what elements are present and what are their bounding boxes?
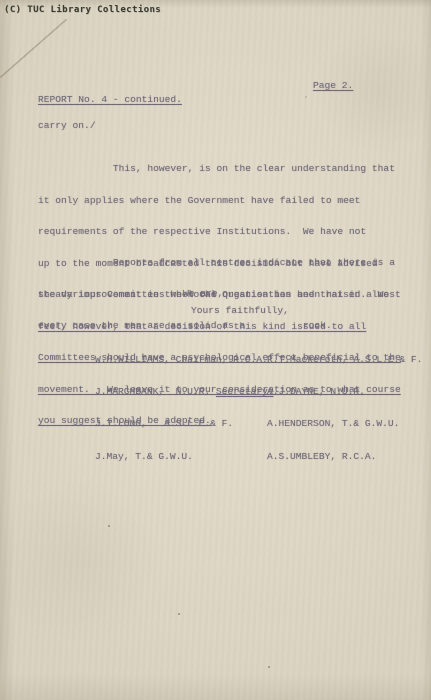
signatory-name: R.T.Mackeroth, A.S.L.E.& F. xyxy=(267,355,422,366)
signatory-role-underlined: Secretary. xyxy=(216,386,274,397)
report-title: REPORT No. 4 - continued. xyxy=(38,95,182,106)
paragraph-2-line: Reports from all centres indicate that t… xyxy=(38,258,401,269)
signatory-name: A.HENDERSON, T.& G.W.U. xyxy=(267,419,399,430)
signature-row: J.May, T.& G.W.U. A.S.UMBLEBY, R.C.A. xyxy=(95,452,425,463)
paper-speck xyxy=(305,96,307,98)
signatory-name: J.MARCHBANK, N.U.R. Secretary. xyxy=(95,387,273,398)
closing-yours-faithfully: Yours faithfully, xyxy=(191,306,289,317)
paragraph-1-line: requirements of the respective Instituti… xyxy=(38,227,401,238)
signature-row: J.MARCHBANK, N.U.R. Secretary. A.J.DAYNE… xyxy=(95,387,425,398)
paper-speck xyxy=(268,666,270,668)
signatory-name: W.H.WILLIAMS, Chairman, R.C.A. xyxy=(95,355,268,366)
closing-we-are: We are, xyxy=(183,289,223,300)
paragraph-1-line: This, however, is on the clear understan… xyxy=(38,164,401,175)
signatory-name: A.S.UMBLEBY, R.C.A. xyxy=(267,452,376,463)
paragraph-2-line: every case the men are as solid as a roc… xyxy=(38,321,401,332)
signatory-name: A.J.DAYNE, N.U.R. xyxy=(267,387,365,398)
signatory-name: J.T.LONG, A.S.L.E.& F. xyxy=(95,419,233,430)
paper-speck xyxy=(108,525,110,527)
paragraph-1-line: it only applies where the Government hav… xyxy=(38,196,401,207)
signatory-name: J.May, T.& G.W.U. xyxy=(95,452,193,463)
page-number-label: Page 2. xyxy=(313,81,353,92)
carry-on-line: carry on./ xyxy=(38,121,96,132)
signature-row: W.H.WILLIAMS, Chairman, R.C.A. R.T.Macke… xyxy=(95,355,425,366)
paper-crease-line xyxy=(0,19,67,78)
signatory-name-part: J.MARCHBANK, N.U.R. xyxy=(95,386,216,397)
scanned-document-page: (C) TUC Library Collections Page 2. REPO… xyxy=(0,0,431,700)
paper-speck xyxy=(178,613,180,615)
library-copyright-watermark: (C) TUC Library Collections xyxy=(4,5,161,15)
signature-row: J.T.LONG, A.S.L.E.& F. A.HENDERSON, T.& … xyxy=(95,419,425,430)
signature-block: W.H.WILLIAMS, Chairman, R.C.A. R.T.Macke… xyxy=(95,334,425,484)
